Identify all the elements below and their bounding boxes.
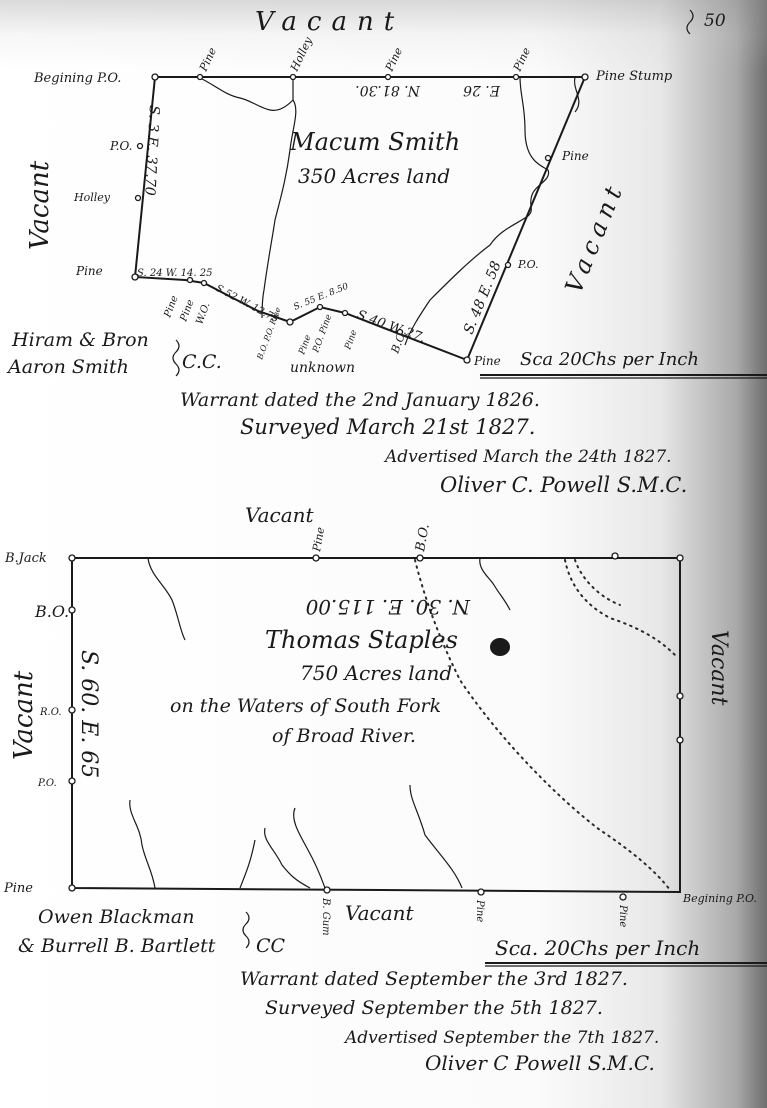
corner-marker bbox=[69, 778, 75, 784]
corner-marker bbox=[612, 553, 618, 559]
corner-marker bbox=[69, 555, 75, 561]
plat2-location-1: on the Waters of South Fork bbox=[170, 695, 441, 717]
plat2-bottom-marker-3: Pine bbox=[617, 904, 628, 927]
page-number: 50 bbox=[704, 11, 726, 31]
plat1-top-marker-4: Pine bbox=[511, 45, 534, 74]
plat1-left-vacant: Vacant bbox=[25, 160, 55, 250]
plat1-left-marker-3: Pine bbox=[75, 264, 103, 278]
plat1-bottom-marker-b2: Pine bbox=[297, 334, 314, 357]
plat2-surveyor: Oliver C Powell S.M.C. bbox=[425, 1051, 655, 1075]
corner-marker bbox=[198, 75, 203, 80]
plat1-left-bearing: S. 3 E. 37.70 bbox=[141, 105, 162, 196]
plat2-warrant: Warrant dated September the 3rd 1827. bbox=[240, 968, 628, 990]
corner-marker bbox=[546, 156, 551, 161]
plat1-bottom-left-bearing: S. 24 W. 14. 25 bbox=[137, 268, 212, 279]
plat2-top-bearing: N. 30. E. 115.00 bbox=[305, 595, 471, 619]
plat2-dotted-path bbox=[565, 560, 675, 655]
plat1-right-marker-1: Pine bbox=[561, 149, 589, 163]
plat1-bottom-marker-1: Pine bbox=[162, 294, 180, 320]
corner-marker bbox=[69, 607, 75, 613]
plat2-adjoining-owners-2: & Burrell B. Bartlett bbox=[18, 935, 216, 957]
plat1-top-marker-2: Holley bbox=[288, 34, 316, 74]
plat2-creek bbox=[148, 558, 185, 640]
plat1-unknown: unknown bbox=[290, 360, 355, 376]
plat2-top-marker-2: B.O. bbox=[413, 523, 433, 554]
plat2-bottom-vacant: Vacant bbox=[345, 901, 415, 925]
plat-1: Vacant Begining P.O. Pine Stump Pine Hol… bbox=[6, 7, 767, 497]
corner-marker bbox=[69, 707, 75, 713]
corner-marker bbox=[506, 263, 511, 268]
plat2-surveyed: Surveyed September the 5th 1827. bbox=[265, 997, 603, 1019]
plat1-bottom-marker-b3: P.O. Pine bbox=[311, 313, 334, 355]
plat2-scale: Sca. 20Chs per Inch bbox=[495, 936, 700, 960]
corner-marker bbox=[202, 281, 207, 286]
corner-marker bbox=[152, 74, 158, 80]
corner-marker bbox=[478, 889, 484, 895]
plat1-advertised: Advertised March the 24th 1827. bbox=[383, 447, 672, 467]
plat2-creek bbox=[480, 558, 510, 610]
plat2-acreage: 750 Acres land bbox=[300, 661, 452, 685]
corner-marker bbox=[464, 357, 470, 363]
plat2-left-marker-2: R.O. bbox=[39, 707, 62, 718]
plat-2: Vacant B.Jack Pine B.O. N. 30. E. 115.00… bbox=[3, 503, 767, 1075]
corner-marker bbox=[313, 555, 319, 561]
plat1-beginning: Begining P.O. bbox=[33, 71, 121, 86]
plat1-top-bearing: N. 81.30. bbox=[355, 82, 421, 98]
corner-marker bbox=[677, 737, 683, 743]
plat2-adjoining-owners-1: Owen Blackman bbox=[38, 906, 194, 928]
corner-marker bbox=[620, 894, 626, 900]
plat1-left-marker-1: P.O. bbox=[109, 139, 132, 153]
page-bracket bbox=[687, 10, 693, 34]
plat2-advertised: Advertised September the 7th 1827. bbox=[343, 1028, 659, 1048]
plat1-bottom-marker-3: W.O. bbox=[194, 301, 212, 326]
plat1-top-marker-3: Pine bbox=[383, 45, 406, 74]
plat2-creek bbox=[265, 828, 310, 888]
corner-marker bbox=[677, 555, 683, 561]
plat2-creek bbox=[130, 800, 155, 888]
corner-marker bbox=[582, 74, 588, 80]
plat2-creek bbox=[240, 840, 255, 888]
corner-marker bbox=[136, 196, 141, 201]
plat2-creek bbox=[294, 808, 325, 888]
plat1-owner-name: Macum Smith bbox=[289, 128, 460, 156]
plat1-scale: Sca 20Chs per Inch bbox=[520, 349, 699, 370]
corner-marker bbox=[386, 75, 391, 80]
plat1-pine-stump: Pine Stump bbox=[595, 69, 673, 84]
corner-marker bbox=[318, 305, 323, 310]
plat1-right-marker-2: P.O. bbox=[517, 258, 539, 271]
plat1-adjoining-owners-2: Aaron Smith bbox=[6, 356, 129, 378]
corner-marker bbox=[69, 885, 75, 891]
plat2-chain-carriers: CC bbox=[256, 935, 286, 957]
plat2-location-2: of Broad River. bbox=[272, 725, 416, 747]
plat2-dotted-path bbox=[575, 560, 620, 605]
plat1-right-vacant: Vacant bbox=[560, 177, 630, 297]
plat1-owners-bracket bbox=[173, 340, 179, 376]
corner-marker bbox=[324, 887, 330, 893]
corner-marker bbox=[514, 75, 519, 80]
plat2-left-marker-3: P.O. bbox=[37, 778, 57, 789]
corner-marker bbox=[291, 75, 296, 80]
plat2-right-vacant: Vacant bbox=[706, 630, 731, 706]
plat2-left-bearing: S. 60. E. 65 bbox=[76, 650, 101, 778]
plat2-creek bbox=[410, 785, 462, 888]
plat2-top-marker-1: Pine bbox=[310, 526, 327, 554]
plat2-left-marker-1: B.O. bbox=[34, 602, 69, 621]
corner-marker bbox=[287, 319, 293, 325]
survey-plat-page: 50 bbox=[0, 0, 767, 1108]
plat2-owners-bracket bbox=[243, 912, 249, 948]
corner-marker bbox=[417, 555, 423, 561]
plat1-surveyor: Oliver C. Powell S.M.C. bbox=[440, 473, 687, 497]
plat2-corner-bottom-left: Pine bbox=[3, 881, 33, 896]
plat2-left-vacant: Vacant bbox=[9, 670, 39, 760]
plat1-top-bearing-2: E. 26 bbox=[463, 82, 501, 98]
plat2-corner-top-left: B.Jack bbox=[4, 551, 47, 566]
plat1-pine-corner: Pine bbox=[473, 354, 501, 368]
plat1-chain-carriers: C.C. bbox=[182, 351, 222, 373]
plat2-owner-name: Thomas Staples bbox=[265, 626, 458, 654]
plat2-bottom-marker-2: Pine bbox=[474, 899, 485, 922]
plat-drawing: 50 bbox=[0, 0, 767, 1108]
corner-marker bbox=[343, 311, 348, 316]
plat1-top-vacant: Vacant bbox=[255, 7, 404, 37]
plat1-warrant: Warrant dated the 2nd January 1826. bbox=[180, 389, 540, 411]
ink-blot bbox=[490, 638, 510, 656]
plat1-acreage: 350 Acres land bbox=[298, 164, 450, 188]
plat1-surveyed: Surveyed March 21st 1827. bbox=[240, 415, 535, 439]
plat1-bottom-marker-b4: Pine bbox=[343, 329, 360, 352]
corner-marker bbox=[677, 693, 683, 699]
plat1-adjoining-owners-1: Hiram & Bron bbox=[11, 329, 149, 351]
plat2-bottom-marker-1: B. Gum bbox=[320, 897, 331, 936]
plat2-beginning: Begining P.O. bbox=[682, 892, 757, 905]
plat1-top-marker-1: Pine bbox=[197, 45, 220, 74]
plat2-top-vacant: Vacant bbox=[245, 503, 315, 527]
plat1-right-bearing: S. 48 E. 58 bbox=[461, 259, 505, 337]
plat1-bottom-marker-2: Pine bbox=[178, 298, 196, 324]
corner-marker bbox=[138, 144, 143, 149]
plat1-bottom-bearing-c: S 40 W 27. bbox=[355, 308, 428, 347]
plat1-creek bbox=[200, 78, 296, 318]
plat1-left-marker-2: Holley bbox=[73, 191, 111, 204]
